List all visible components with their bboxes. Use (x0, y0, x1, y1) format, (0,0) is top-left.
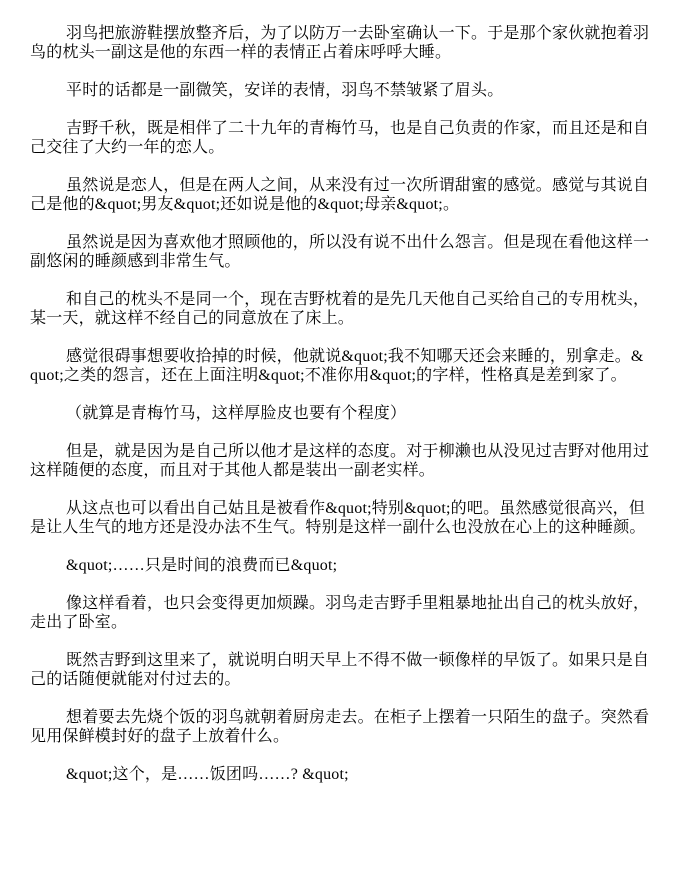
paragraph: 既然吉野到这里来了，就说明白明天早上不得不做一顿像样的早饭了。如果只是自己的话随… (30, 651, 650, 689)
paragraph: 虽然说是因为喜欢他才照顾他的，所以没有说不出什么怨言。但是现在看他这样一副悠闲的… (30, 233, 650, 271)
paragraph: 从这点也可以看出自己姑且是被看作&quot;特别&quot;的吧。虽然感觉很高兴… (30, 499, 650, 537)
paragraph: 和自己的枕头不是同一个，现在吉野枕着的是先几天他自己买给自己的专用枕头，某一天，… (30, 290, 650, 328)
paragraph: （就算是青梅竹马，这样厚脸皮也要有个程度） (30, 404, 650, 423)
document-page: 羽鸟把旅游鞋摆放整齐后，为了以防万一去卧室确认一下。于是那个家伙就抱着羽鸟的枕头… (0, 0, 680, 880)
paragraph: 羽鸟把旅游鞋摆放整齐后，为了以防万一去卧室确认一下。于是那个家伙就抱着羽鸟的枕头… (30, 24, 650, 62)
paragraph: 感觉很碍事想要收拾掉的时候，他就说&quot;我不知哪天还会来睡的，别拿走。&q… (30, 347, 650, 385)
paragraph: 像这样看着，也只会变得更加烦躁。羽鸟走吉野手里粗暴地扯出自己的枕头放好，走出了卧… (30, 594, 650, 632)
paragraph: 吉野千秋，既是相伴了二十九年的青梅竹马，也是自己负责的作家，而且还是和自己交往了… (30, 119, 650, 157)
paragraph: &quot;……只是时间的浪费而已&quot; (30, 556, 650, 575)
paragraph: 但是，就是因为是自己所以他才是这样的态度。对于柳濑也从没见过吉野对他用过这样随便… (30, 442, 650, 480)
paragraph: 虽然说是恋人，但是在两人之间，从来没有过一次所谓甜蜜的感觉。感觉与其说自己是他的… (30, 176, 650, 214)
paragraph: 想着要去先烧个饭的羽鸟就朝着厨房走去。在柜子上摆着一只陌生的盘子。突然看见用保鲜… (30, 708, 650, 746)
paragraph: 平时的话都是一副微笑，安详的表情，羽鸟不禁皱紧了眉头。 (30, 81, 650, 100)
paragraph: &quot;这个，是……饭团吗……? &quot; (30, 765, 650, 784)
